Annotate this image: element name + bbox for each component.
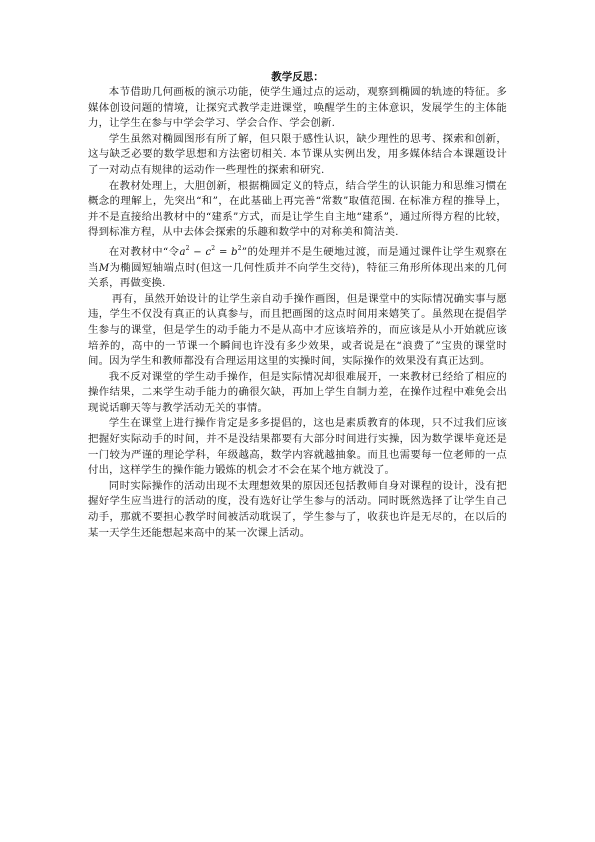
paragraph-3: 在教材处理上，大胆创新，根据椭圆定义的特点，结合学生的认识能力和思维习惯在概念的…: [88, 179, 507, 241]
paragraph-4: 在对教材中“令a2 − c2 = b2”的处理并不是生硬地过渡，而是通过课件让学…: [88, 241, 507, 292]
paragraph-4-lead: 在对教材中“令: [109, 246, 180, 258]
formula-minus: −: [190, 247, 206, 258]
paragraph-4-rest: 为椭圆短轴端点时(但这一几何性质并不向学生交待)，特征三角形所体现出来的几何关系…: [88, 262, 507, 290]
formula-equals: =: [215, 247, 231, 258]
paragraph-1: 本节借助几何画板的演示功能，使学生通过点的运动，观察到椭圆的轨迹的特征。多媒体创…: [88, 85, 507, 132]
formula-var-b: b: [231, 247, 238, 258]
document-page: 教学反思： 本节借助几何画板的演示功能，使学生通过点的运动，观察到椭圆的轨迹的特…: [88, 70, 507, 541]
paragraph-7: 学生在课堂上进行操作肯定是多多提倡的，这也是素质教育的体现，只不过我们应该把握好…: [88, 416, 507, 478]
point-m: M: [99, 263, 109, 274]
paragraph-8: 同时实际操作的活动出现不太理想效果的原因还包括教师自身对课程的设计，没有把握好学…: [88, 479, 507, 541]
ellipse-formula: a2 − c2 = b2: [179, 247, 241, 258]
document-title: 教学反思：: [88, 70, 507, 85]
paragraph-2: 学生虽然对椭圆图形有所了解，但只限于感性认识，缺少理性的思考、探索和创新，这与缺…: [88, 132, 507, 179]
paragraph-6: 我不反对课堂的学生动手操作，但是实际情况却很难展开，一来教材已经给了相应的操作结…: [88, 370, 507, 417]
paragraph-5: 再有，虽然开始设计的让学生亲自动手操作画图，但是课堂中的实际情况确实事与愿违，学…: [88, 292, 507, 370]
